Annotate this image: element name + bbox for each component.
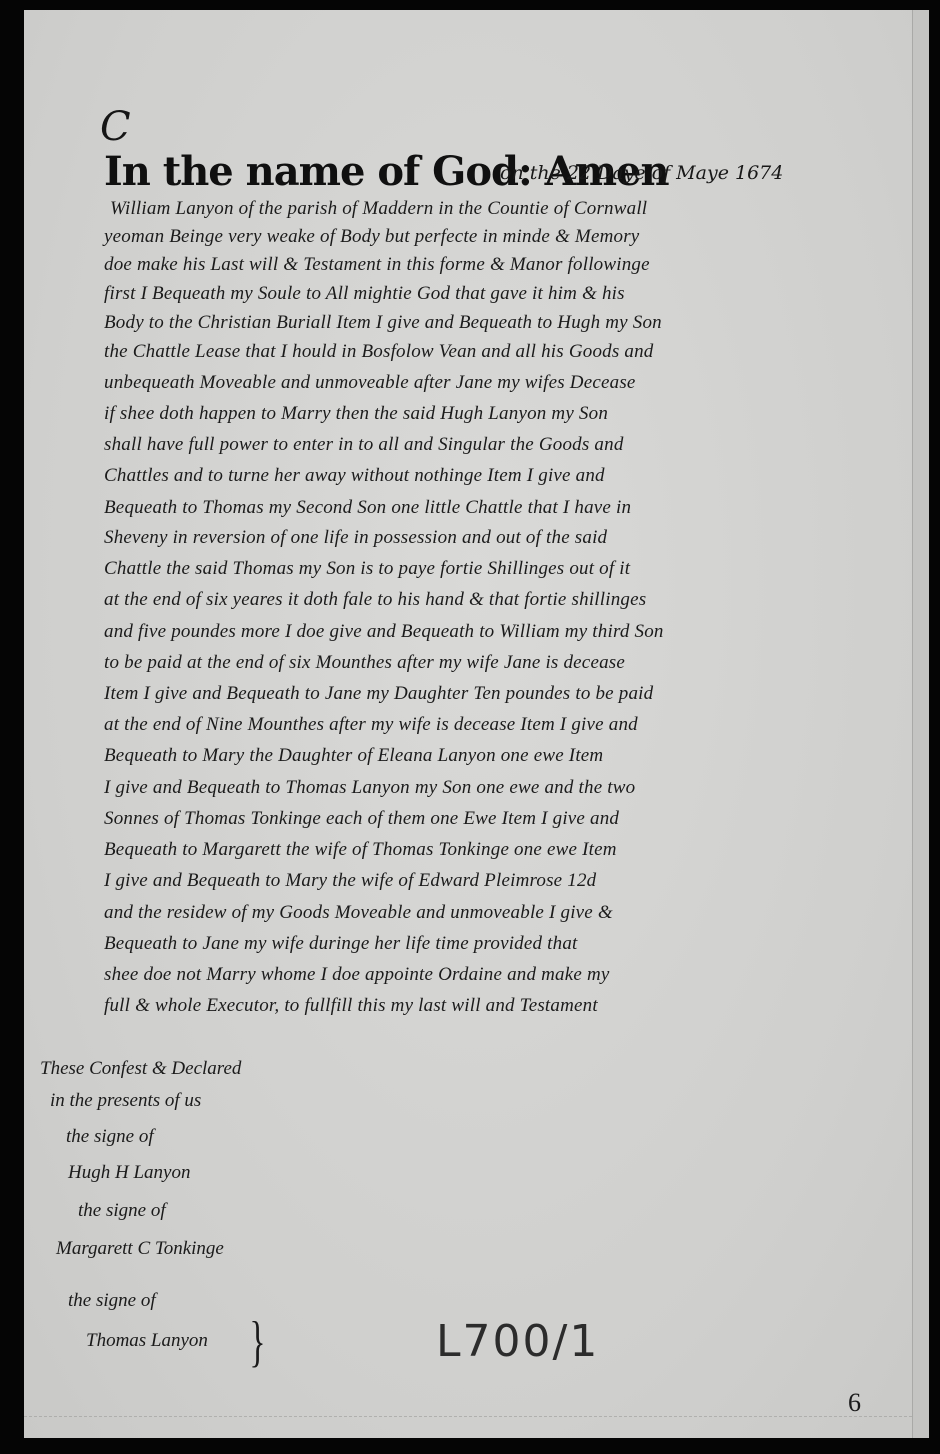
body-line: Sheveny in reversion of one life in poss… — [104, 527, 607, 549]
body-line: at the end of six yeares it doth fale to… — [104, 589, 646, 611]
body-line: Item I give and Bequeath to Jane my Daug… — [104, 683, 653, 705]
attestation-line: in the presents of us — [50, 1090, 201, 1112]
body-line: if shee doth happen to Marry then the sa… — [104, 403, 608, 425]
page-edge — [912, 10, 929, 1438]
body-line: I give and Bequeath to Mary the wife of … — [104, 870, 596, 892]
body-line: to be paid at the end of six Mounthes af… — [104, 652, 625, 674]
body-line: William Lanyon of the parish of Maddern … — [110, 198, 647, 220]
body-line: Chattles and to turne her away without n… — [104, 465, 605, 487]
body-line: the Chattle Lease that I hould in Bosfol… — [104, 341, 653, 363]
body-line: at the end of Nine Mounthes after my wif… — [104, 714, 638, 736]
body-line: yeoman Beinge very weake of Body but per… — [104, 226, 639, 248]
marginal-mark: C — [100, 104, 131, 150]
page-number: 6 — [848, 1388, 861, 1418]
attestation-line: the signe of — [78, 1200, 166, 1222]
body-line: Body to the Christian Buriall Item I giv… — [104, 312, 662, 334]
body-line: shee doe not Marry whome I doe appointe … — [104, 964, 610, 986]
body-line: Bequeath to Mary the Daughter of Eleana … — [104, 745, 603, 767]
body-line: Bequeath to Jane my wife duringe her lif… — [104, 933, 578, 955]
body-line: shall have full power to enter in to all… — [104, 434, 624, 456]
body-line: unbequeath Moveable and unmoveable after… — [104, 372, 636, 394]
body-line: Bequeath to Margarett the wife of Thomas… — [104, 839, 617, 861]
body-line: first I Bequeath my Soule to All mightie… — [104, 283, 625, 305]
brace-mark-icon: } — [249, 1310, 265, 1374]
witness-signature: Hugh H Lanyon — [68, 1162, 190, 1184]
attestation-line: the signe of — [68, 1290, 156, 1312]
body-line: and the residew of my Goods Moveable and… — [104, 902, 613, 924]
witness-signature: Thomas Lanyon — [86, 1330, 208, 1352]
body-line: Sonnes of Thomas Tonkinge each of them o… — [104, 808, 619, 830]
body-line: full & whole Executor, to fullfill this … — [104, 995, 598, 1017]
body-line: Bequeath to Thomas my Second Son one lit… — [104, 497, 631, 519]
body-line: Chattle the said Thomas my Son is to pay… — [104, 558, 630, 580]
archive-reference: L700/1 — [436, 1316, 599, 1367]
witness-signature: Margarett C Tonkinge — [56, 1238, 224, 1260]
page-bottom-edge — [24, 1416, 912, 1421]
body-line: doe make his Last will & Testament in th… — [104, 254, 650, 276]
body-line: I give and Bequeath to Thomas Lanyon my … — [104, 777, 635, 799]
will-date: on the 22 Daye of Maye 1674 — [500, 162, 783, 184]
body-line: and five poundes more I doe give and Beq… — [104, 621, 664, 643]
attestation-line: the signe of — [66, 1126, 154, 1148]
attestation-line: These Confest & Declared — [40, 1058, 241, 1080]
